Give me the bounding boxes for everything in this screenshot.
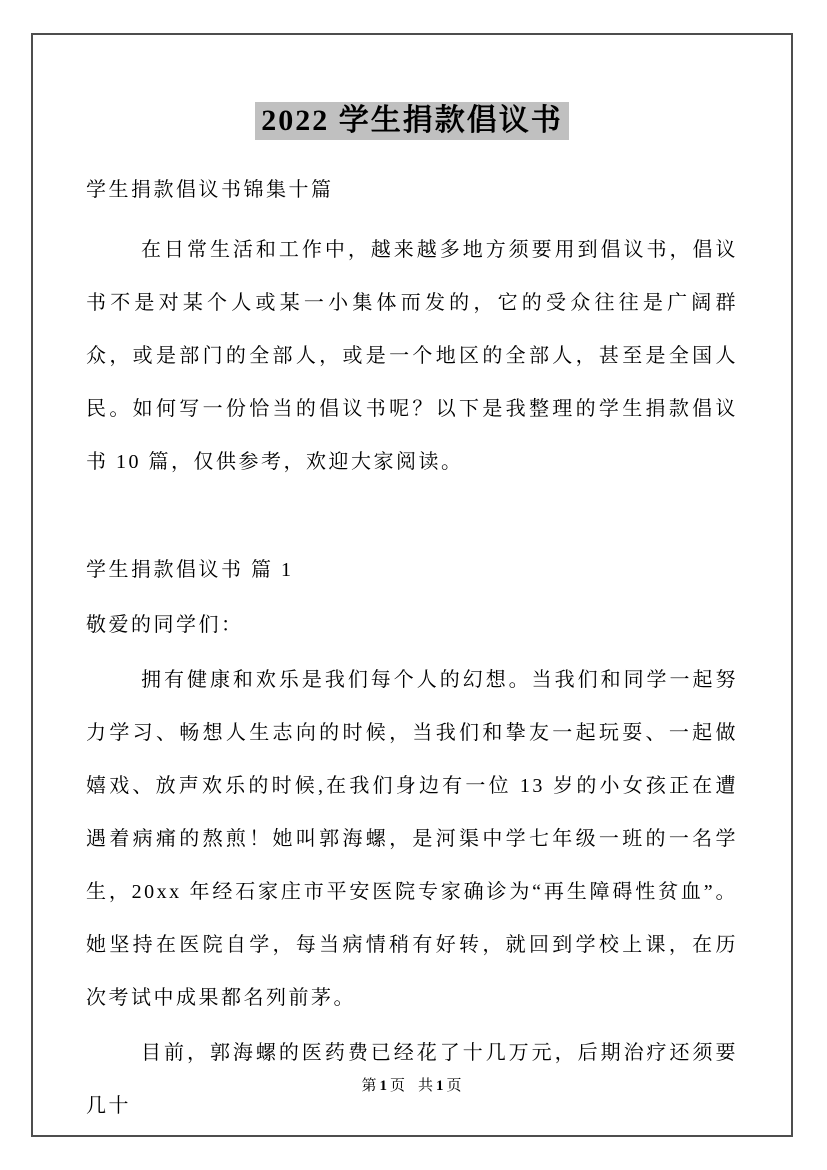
footer-page-prefix: 第 xyxy=(361,1078,377,1094)
footer-total-prefix: 共 xyxy=(418,1078,434,1094)
document-title: 2022 学生捐款倡议书 xyxy=(86,97,738,145)
paragraph-body-1: 拥有健康和欢乐是我们每个人的幻想。当我们和同学一起努力学习、畅想人生志向的时候，… xyxy=(86,654,738,1025)
page-footer: 第1页共1页 xyxy=(33,1077,791,1095)
document-page: 2022 学生捐款倡议书 学生捐款倡议书锦集十篇 在日常生活和工作中，越来越多地… xyxy=(31,33,793,1137)
paragraph-intro: 在日常生活和工作中，越来越多地方须要用到倡议书，倡议书不是对某个人或某一小集体而… xyxy=(86,224,738,489)
footer-page-unit: 页 xyxy=(390,1078,406,1094)
paragraph-chapter-title: 学生捐款倡议书 篇 1 xyxy=(86,544,738,597)
footer-total-pages: 1 xyxy=(434,1078,447,1094)
document-canvas: 2022 学生捐款倡议书 学生捐款倡议书锦集十篇 在日常生活和工作中，越来越多地… xyxy=(0,0,827,1170)
paragraph-salutation: 敬爱的同学们： xyxy=(86,599,738,652)
title-highlight: 2022 学生捐款倡议书 xyxy=(255,102,569,140)
section-heading: 学生捐款倡议书锦集十篇 xyxy=(86,164,738,217)
footer-total-unit: 页 xyxy=(447,1078,463,1094)
footer-current-page: 1 xyxy=(377,1078,390,1094)
